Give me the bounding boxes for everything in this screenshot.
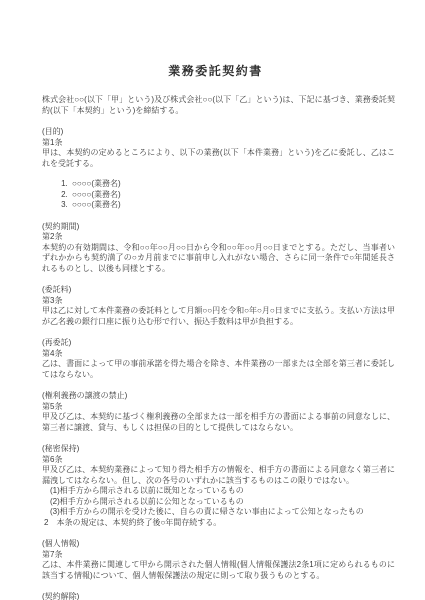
article-body: 本契約の有効期間は、令和○○年○○月○○日から令和○○年○○月○○日までとする。… <box>42 243 395 275</box>
article-body: 甲及び乙は、本契約業務によって知り得た相手方の情報を、相手方の書面による同意なく… <box>42 465 395 486</box>
work-list: ○○○○(業務名) ○○○○(業務名) ○○○○(業務名) <box>42 179 395 211</box>
section-heading: (権利義務の譲渡の禁止) <box>42 391 395 402</box>
section-term: (契約期間) 第2条 本契約の有効期間は、令和○○年○○月○○日から令和○○年○… <box>42 222 395 275</box>
section-termination: (契約解除) <box>42 592 395 600</box>
section-confidentiality: (秘密保持) 第6条 甲及び乙は、本契約業務によって知り得た相手方の情報を、相手… <box>42 444 395 528</box>
section-heading: (個人情報) <box>42 539 395 550</box>
section-heading: (契約期間) <box>42 222 395 233</box>
section-purpose: (目的) 第1条 甲は、本契約の定めるところにより、以下の業務(以下「本件業務」… <box>42 127 395 211</box>
section-personal-info: (個人情報) 第7条 乙は、本件業務に関連して甲から開示された個人情報(個人情報… <box>42 539 395 581</box>
article-number: 第4条 <box>42 349 395 360</box>
work-list-item: ○○○○(業務名) <box>70 200 395 211</box>
intro-paragraph: 株式会社○○(以下「甲」という)及び株式会社○○(以下「乙」という)は、下記に基… <box>42 95 395 116</box>
section-heading: (秘密保持) <box>42 444 395 455</box>
work-list-item: ○○○○(業務名) <box>70 179 395 190</box>
subclause-list: (1)相手方から開示される以前に既知となっているもの (2)相手方から開示される… <box>42 486 395 518</box>
section-no-assignment: (権利義務の譲渡の禁止) 第5条 甲及び乙は、本契約に基づく権利義務の全部または… <box>42 391 395 433</box>
article-number: 第7条 <box>42 550 395 561</box>
section-heading: (契約解除) <box>42 592 395 600</box>
subclause-item: (3)相手方からの開示を受けた後に、自らの責に帰さない事由によって公知となったも… <box>42 507 395 518</box>
article-number: 第1条 <box>42 138 395 149</box>
section-heading: (再委託) <box>42 338 395 349</box>
subclause-item: (2)相手方から開示される以前に公知となっているもの <box>42 497 395 508</box>
section-fee: (委託料) 第3条 甲は乙に対して本件業務の委託料として月額○○円を令和○年○月… <box>42 285 395 327</box>
work-list-item: ○○○○(業務名) <box>70 190 395 201</box>
document-title: 業務委託契約書 <box>42 62 389 79</box>
article-body: 甲及び乙は、本契約に基づく権利義務の全部または一部を相手方の書面による事前の同意… <box>42 412 395 433</box>
article-body: 乙は、書面によって甲の事前承諾を得た場合を除き、本件業務の一部または全部を第三者… <box>42 359 395 380</box>
article-number: 第6条 <box>42 455 395 466</box>
article-number: 第2条 <box>42 232 395 243</box>
article-body: 乙は、本件業務に関連して甲から開示された個人情報(個人情報保護法2条1項に定めら… <box>42 560 395 581</box>
article-number: 第5条 <box>42 402 395 413</box>
clause-paragraph-2: 2 本条の規定は、本契約終了後○年間存続する。 <box>42 518 395 529</box>
section-heading: (目的) <box>42 127 395 138</box>
section-subcontract: (再委託) 第4条 乙は、書面によって甲の事前承諾を得た場合を除き、本件業務の一… <box>42 338 395 380</box>
article-body: 甲は乙に対して本件業務の委託料として月額○○円を令和○年○月○日までに支払う。支… <box>42 306 395 327</box>
article-number: 第3条 <box>42 296 395 307</box>
contract-document-page: 業務委託契約書 株式会社○○(以下「甲」という)及び株式会社○○(以下「乙」とい… <box>0 0 425 600</box>
section-heading: (委託料) <box>42 285 395 296</box>
subclause-item: (1)相手方から開示される以前に既知となっているもの <box>42 486 395 497</box>
article-body: 甲は、本契約の定めるところにより、以下の業務(以下「本件業務」という)を乙に委託… <box>42 148 395 169</box>
